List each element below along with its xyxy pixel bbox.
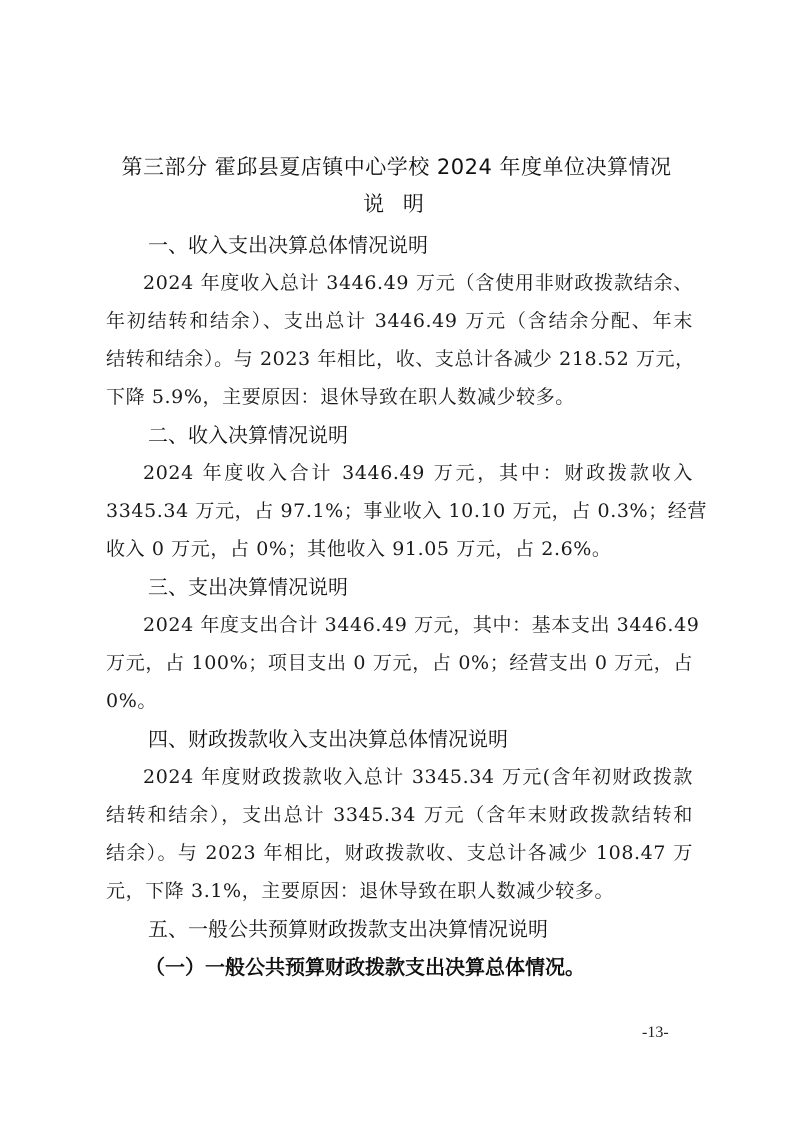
- paragraph-line: 结余）。与 2023 年相比，财政拨款收、支总计各减少 108.47 万: [106, 838, 693, 865]
- document-page: 第三部分 霍邱县夏店镇中心学校 2024 年度单位决算情况 说 明 一、收入支出…: [0, 0, 793, 1122]
- paragraph-line: 结转和结余），支出总计 3345.34 万元（含年末财政拨款结转和: [106, 800, 693, 827]
- paragraph-line: 年初结转和结余）、支出总计 3446.49 万元（含结余分配、年末: [106, 306, 693, 333]
- paragraph-line: 2024 年度支出合计 3446.49 万元，其中：基本支出 3446.49: [143, 610, 693, 637]
- document-title-continued: 说 明: [0, 188, 793, 218]
- page-number: -13-: [642, 1024, 669, 1042]
- paragraph-line: 0%。: [106, 686, 157, 713]
- section-heading-5: 五、一般公共预算财政拨款支出决算情况说明: [148, 913, 548, 942]
- paragraph-line: 结转和结余）。与 2023 年相比，收、支总计各减少 218.52 万元，: [106, 344, 693, 371]
- paragraph-line: 2024 年度财政拨款收入总计 3345.34 万元(含年初财政拨款: [143, 762, 693, 789]
- paragraph-line: 下降 5.9%，主要原因：退休导致在职人数减少较多。: [106, 382, 575, 409]
- section-heading-3: 三、支出决算情况说明: [148, 571, 348, 600]
- section-heading-4: 四、财政拨款收入支出决算总体情况说明: [148, 723, 508, 752]
- paragraph-line: 2024 年度收入合计 3446.49 万元，其中：财政拨款收入: [143, 458, 693, 485]
- paragraph-line: 2024 年度收入总计 3446.49 万元（含使用非财政拨款结余、: [143, 268, 693, 295]
- paragraph-line: 收入 0 万元，占 0%；其他收入 91.05 万元，占 2.6%。: [106, 534, 612, 561]
- paragraph-line: 元，下降 3.1%，主要原因：退休导致在职人数减少较多。: [106, 876, 614, 903]
- subsection-heading: （一）一般公共预算财政拨款支出决算总体情况。: [145, 951, 585, 980]
- paragraph-line: 3345.34 万元，占 97.1%；事业收入 10.10 万元，占 0.3%；…: [106, 496, 693, 523]
- document-title: 第三部分 霍邱县夏店镇中心学校 2024 年度单位决算情况: [0, 151, 793, 181]
- section-heading-1: 一、收入支出决算总体情况说明: [148, 229, 428, 258]
- section-heading-2: 二、收入决算情况说明: [148, 419, 348, 448]
- paragraph-line: 万元，占 100%；项目支出 0 万元，占 0%；经营支出 0 万元，占: [106, 648, 693, 675]
